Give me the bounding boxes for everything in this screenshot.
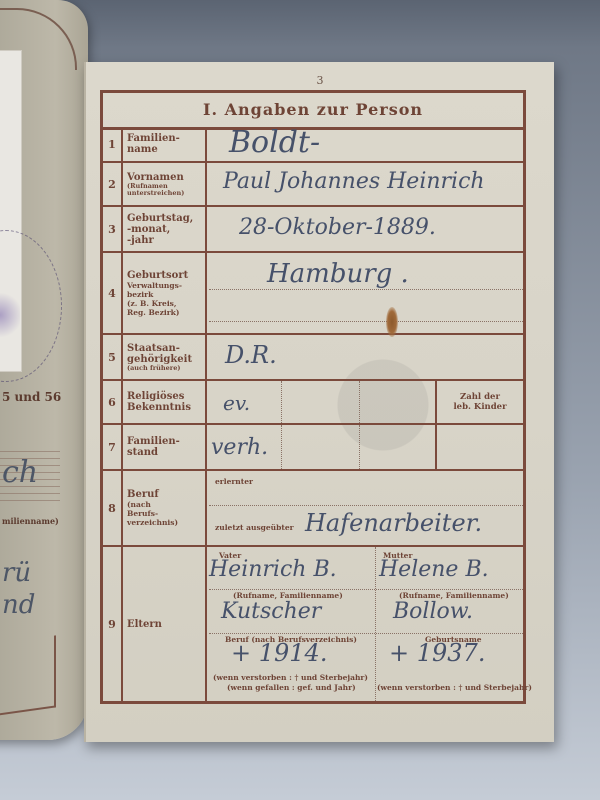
field-label: Familien- stand [123,425,207,469]
last-occupation-label: zuletzt ausgeübter [215,523,294,532]
row-parents: 9 Eltern Vater Heinrich B. (Rufname, Fam… [103,547,523,701]
birth-date-value: 28-Oktober-1889. [239,215,436,240]
row-number: 8 [103,471,123,545]
citizenship-value: D.R. [225,341,277,369]
marital-status-field: verh. [209,425,523,469]
row-marital-status: 7 Familien- stand verh. [103,425,523,471]
field-label: Eltern [123,547,207,701]
family-name-field: Boldt- [209,127,523,161]
row-citizenship: 5 Staatsan- gehörigkeit (auch frühere) D… [103,335,523,381]
row-number: 4 [103,253,123,333]
field-label: Beruf (nach Berufs- verzeichnis) [123,471,207,545]
field-label: Geburtstag, -monat, -jahr [123,207,207,251]
field-label: Geburtsort Verwaltungs- bezirk (z. B. Kr… [123,253,207,333]
father-death: + 1914. [231,639,327,667]
mother-death: + 1937. [389,639,485,667]
row-number: 5 [103,335,123,379]
children-count-value [435,425,523,469]
ink-stain [386,307,398,337]
field-label: Staatsan- gehörigkeit (auch frühere) [123,335,207,379]
row-number: 9 [103,547,123,701]
learned-occupation-label: erlernter [215,477,253,486]
parents-field: Vater Heinrich B. (Rufname, Familienname… [209,547,523,701]
marital-status-value: verh. [211,435,268,460]
field-label: Vornamen (Rufnamen unterstreichen) [123,163,207,205]
birthplace-field: Hamburg . [209,253,523,333]
occupation-field: erlernter zuletzt ausgeübter Hafenarbeit… [209,471,523,545]
mother-death-caption: (wenn verstorben : † und Sterbejahr) [377,683,532,692]
row-family-name: 1 Familien- name Boldt- [103,127,523,163]
birthplace-value: Hamburg . [267,259,409,289]
father-occupation: Kutscher [221,599,321,624]
children-count-label: Zahl der leb. Kinder [435,381,523,423]
father-name: Heinrich B. [209,557,337,582]
document-page: 3 I. Angaben zur Person 1 Familien- name… [84,62,554,742]
mother-name: Helene B. [379,557,489,582]
religion-value: ev. [223,391,250,415]
row-number: 2 [103,163,123,205]
mother-birth-name: Bollow. [393,599,473,624]
row-birth-date: 3 Geburtstag, -monat, -jahr 28-Oktober-1… [103,207,523,253]
family-name-value: Boldt- [229,125,320,160]
given-names-value: Paul Johannes Heinrich [223,169,485,194]
row-number: 7 [103,425,123,469]
father-death-caption: (wenn verstorben : † und Sterbejahr) [213,673,368,682]
father-fallen-caption: (wenn gefallen : gef. und Jahr) [227,683,356,692]
stamp-ink [0,290,20,340]
left-handwriting: ch [2,455,38,490]
left-page: 5 und 56 ch milienname) rü nd [0,0,88,740]
row-occupation: 8 Beruf (nach Berufs- verzeichnis) erler… [103,471,523,547]
left-page-heading: 5 und 56 [2,390,61,404]
left-form-border [0,635,56,716]
left-handwriting: rü [2,558,31,588]
row-number: 3 [103,207,123,251]
religion-field: ev. Zahl der leb. Kinder [209,381,523,423]
row-religion: 6 Religiöses Bekenntnis ev. Zahl der leb… [103,381,523,425]
row-number: 6 [103,381,123,423]
row-given-names: 2 Vornamen (Rufnamen unterstreichen) Pau… [103,163,523,207]
page-number: 3 [86,74,554,87]
birth-date-field: 28-Oktober-1889. [209,207,523,251]
row-number: 1 [103,127,123,161]
given-names-field: Paul Johannes Heinrich [209,163,523,205]
left-handwriting: nd [2,590,35,620]
last-occupation-value: Hafenarbeiter. [305,509,482,537]
personal-data-form: I. Angaben zur Person 1 Familien- name B… [100,90,526,704]
row-birthplace: 4 Geburtsort Verwaltungs- bezirk (z. B. … [103,253,523,335]
citizenship-field: D.R. [209,335,523,379]
left-caption: milienname) [2,516,59,526]
field-label: Familien- name [123,127,207,161]
field-label: Religiöses Bekenntnis [123,381,207,423]
